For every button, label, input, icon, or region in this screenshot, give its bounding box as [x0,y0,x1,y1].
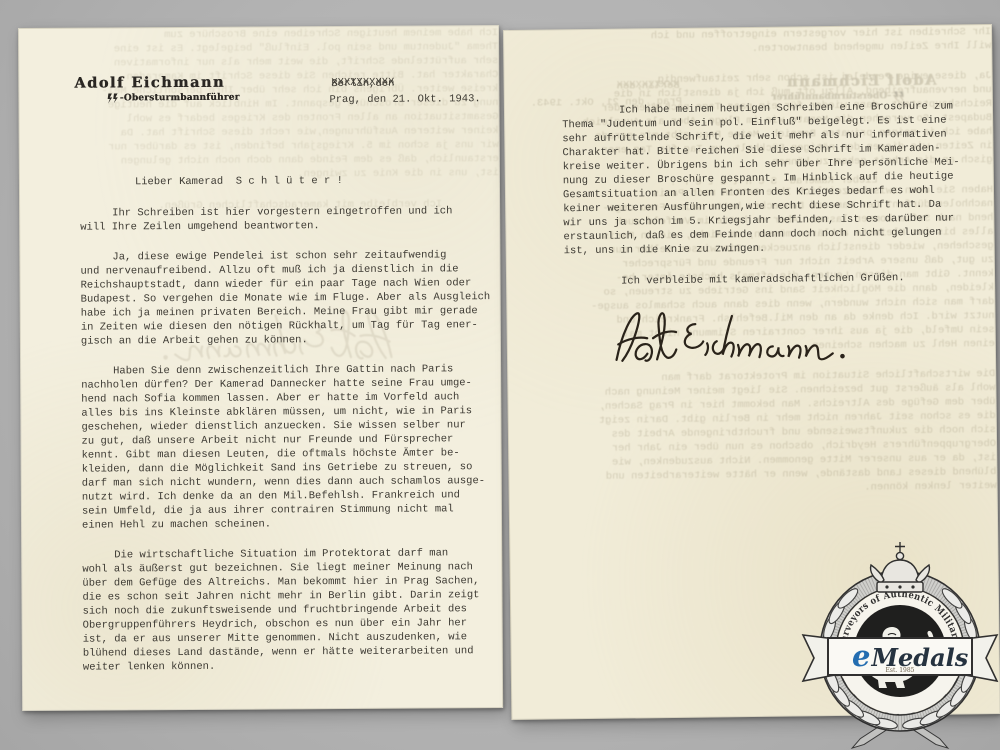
text-line: weiter lenken können. [83,658,498,675]
text-line: Ihr Schreiben ist hier vorgestern einget… [80,204,495,221]
dateline: Prag, den 21. Okt. 1943. [329,92,480,107]
ss-runes-icon [74,93,118,103]
text-line: blühend dieses Land dastände, wenn er hä… [83,644,498,661]
emedals-watermark: Purveyors of Authentic Militaria [795,539,1000,750]
text-line: in Zeiten wie diesen den nötigen Rückhal… [81,318,496,335]
scan-photograph: Ich habe meinem heutigen Schreiben eine … [0,0,1000,750]
letter-body-page-1: Ihr Schreiben ist hier vorgestern einget… [80,204,498,691]
brand-e: e [852,639,870,673]
signature-adolf-eichmann [602,296,883,377]
page-1-content: Adolf Eichmann -Obersturmbannführer Berl… [19,26,502,710]
text-line: gisch an die Arbeit gehen zu können. [81,332,496,349]
brand-ribbon: eMedals Est. 1985 [803,635,997,681]
paragraph: Ja, diese ewige Pendelei ist schon sehr … [80,248,496,349]
closing-line: Ich verbleibe mit kameradschaftlichen Gr… [564,270,968,289]
strike-overlay: XXXXXXXXXX [331,76,394,90]
paragraph: Ich habe meinem heutigen Schreiben eine … [562,99,968,258]
letter-page-1: Ich habe meinem heutigen Schreiben eine … [18,25,503,711]
salutation: Lieber Kamerad S c h l ü t e r ! [135,174,343,189]
letter-body-page-2: Ich habe meinem heutigen Schreiben eine … [562,99,968,289]
established-text: Est. 1985 [886,667,915,674]
letterhead-name: Adolf Eichmann [74,74,225,92]
paragraph: Ihr Schreiben ist hier vorgestern einget… [80,204,495,235]
letterhead-rank-label: -Obersturmbannführer [120,93,240,104]
struck-place: Berlin,den XXXXXXXXXX [331,77,394,91]
text-line: sein Umfeld, die ja aus ihrer contrairen… [82,502,497,519]
page-2-paragraphs: Ich habe meinem heutigen Schreiben eine … [562,99,968,258]
text-line: will Ihre Zeilen umgehend beantworten. [80,218,495,235]
text-line: einen Hehl zu machen scheinen. [82,516,497,533]
crown-icon [871,542,930,592]
paragraph: Die wirtschaftliche Situation im Protekt… [82,546,498,675]
letterhead-rank: -Obersturmbannführer [74,93,239,104]
paragraph: Haben Sie denn zwischenzeitlich Ihre Gat… [81,362,497,533]
signature-handwriting [602,296,883,377]
